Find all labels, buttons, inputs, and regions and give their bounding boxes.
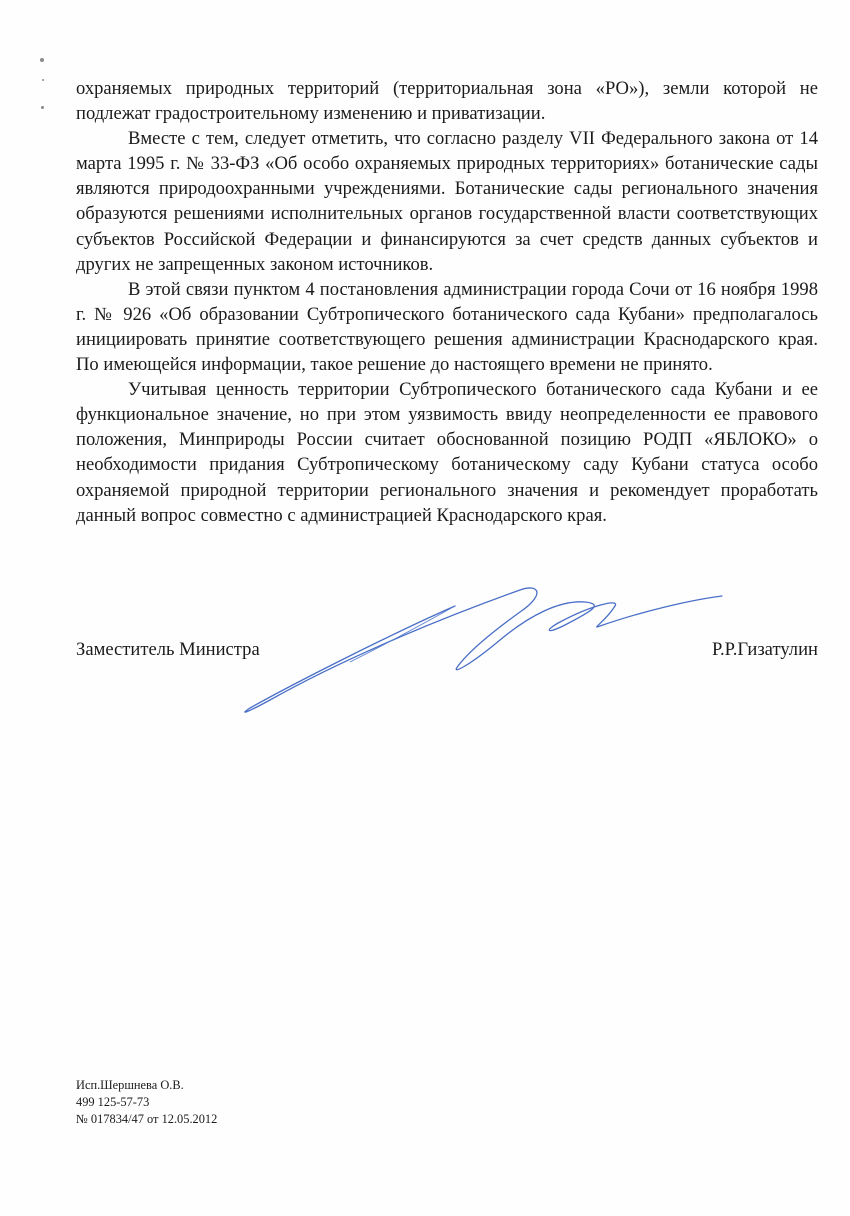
document-page: охраняемых природных территорий (террито… xyxy=(0,0,850,1216)
paragraph-federal-law: Вместе с тем, следует отметить, что согл… xyxy=(76,126,818,277)
signatory-title: Заместитель Министра xyxy=(76,638,260,662)
scan-speck xyxy=(40,58,44,62)
document-reference: № 017834/47 от 12.05.2012 xyxy=(76,1111,217,1128)
letter-body: охраняемых природных территорий (террито… xyxy=(76,76,818,528)
executor-footer: Исп.Шершнева О.В. 499 125-57-73 № 017834… xyxy=(76,1077,217,1128)
signatory-name: Р.Р.Гизатулин xyxy=(712,638,818,662)
scan-speck xyxy=(42,79,44,81)
paragraph-sochi-resolution: В этой связи пунктом 4 постановления адм… xyxy=(76,277,818,377)
executor-name: Исп.Шершнева О.В. xyxy=(76,1077,217,1094)
paragraph-continuation: охраняемых природных территорий (террито… xyxy=(76,76,818,126)
scan-speck xyxy=(41,106,44,109)
paragraph-conclusion: Учитывая ценность территории Субтропичес… xyxy=(76,377,818,528)
executor-phone: 499 125-57-73 xyxy=(76,1094,217,1111)
